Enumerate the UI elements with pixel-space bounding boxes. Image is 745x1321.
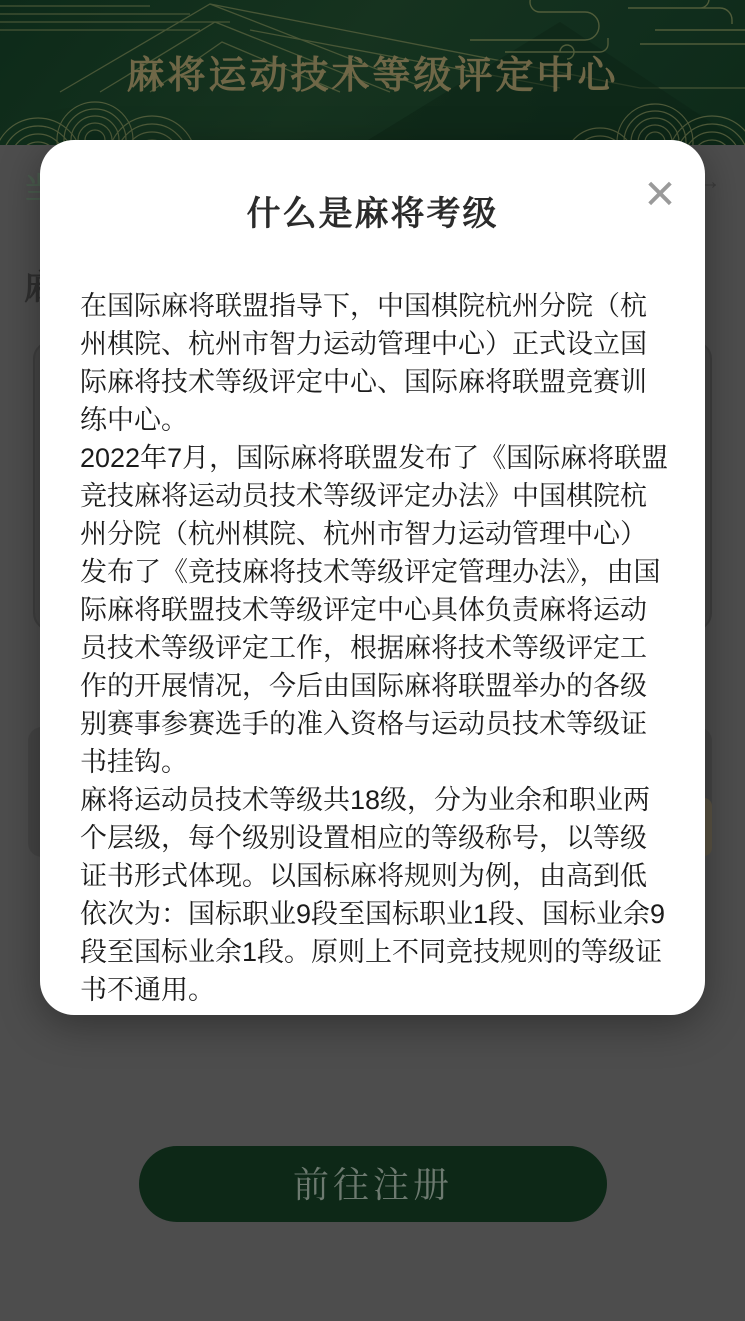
close-icon[interactable]: ✕	[637, 172, 683, 218]
dialog-body-text: 在国际麻将联盟指导下，中国棋院杭州分院（杭州棋院、杭州市智力运动管理中心）正式设…	[40, 287, 705, 1009]
what-is-mahjong-grading-dialog: ✕ 什么是麻将考级 在国际麻将联盟指导下，中国棋院杭州分院（杭州棋院、杭州市智力…	[40, 140, 705, 1015]
dialog-paragraph: 在国际麻将联盟指导下，中国棋院杭州分院（杭州棋院、杭州市智力运动管理中心）正式设…	[80, 287, 670, 439]
dialog-title: 什么是麻将考级	[40, 140, 705, 235]
dialog-paragraph: 麻将运动员技术等级共18级，分为业余和职业两个层级，每个级别设置相应的等级称号，…	[80, 781, 670, 1009]
dialog-paragraph: 2022年7月，国际麻将联盟发布了《国际麻将联盟竞技麻将运动员技术等级评定办法》…	[80, 439, 670, 781]
